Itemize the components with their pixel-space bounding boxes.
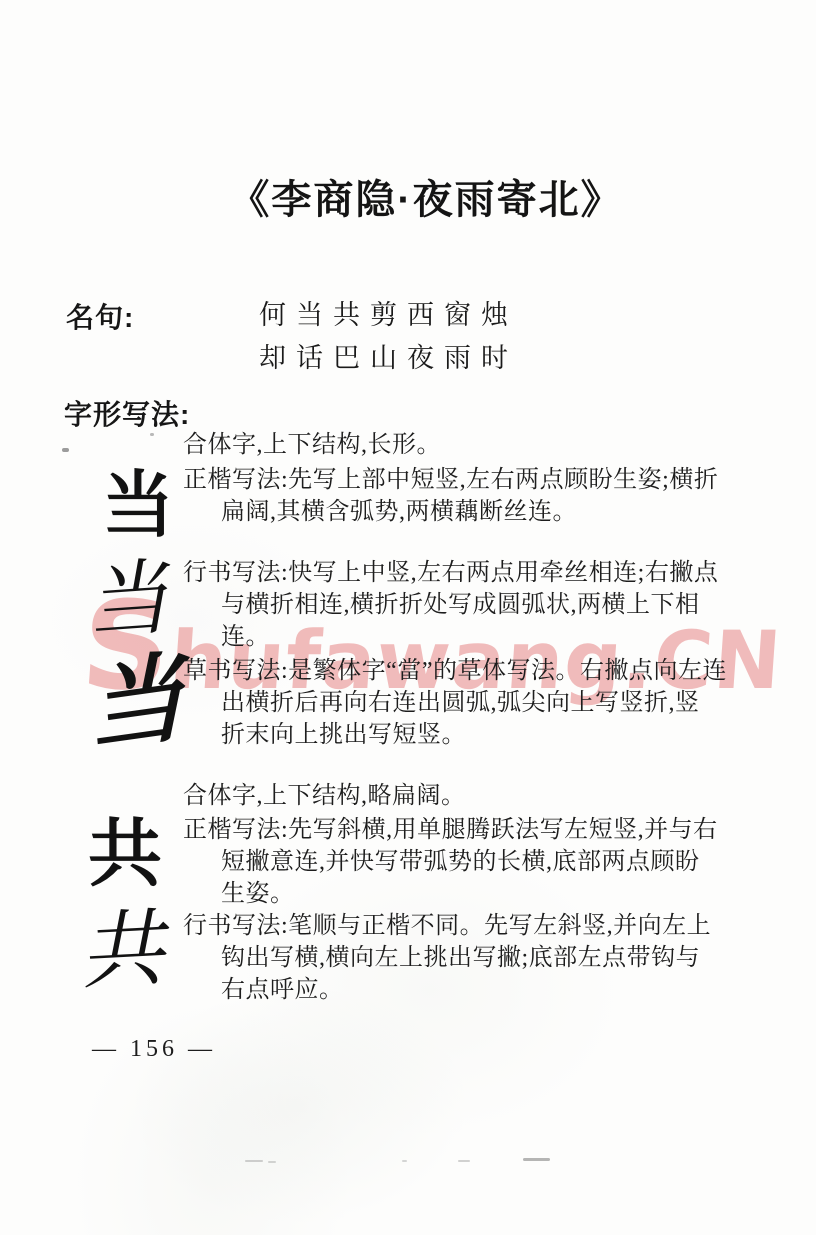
calligraphy-gong-kaishu: 共 xyxy=(88,818,162,892)
book-page: Shufawang.CN 《李商隐·夜雨寄北》 名句: 何当共剪西窗烛 却话巴山… xyxy=(0,0,816,1235)
calligraphy-gong-xingshu: 共 xyxy=(78,908,166,996)
famous-lines-label: 名句: xyxy=(66,296,134,336)
scan-speck xyxy=(245,1160,263,1162)
scan-speck xyxy=(268,1161,276,1163)
intro-paragraph-dang: 合体字,上下结构,长形。 xyxy=(183,429,731,461)
calligraphy-dang-xingshu: 当 xyxy=(83,557,171,645)
section-label: 字形写法: xyxy=(64,393,190,433)
page-number: — 156 — xyxy=(92,1036,216,1063)
scan-speck xyxy=(458,1160,470,1162)
method-caoshu-dang: 草书写法:是繁体字“當”的草体写法。右撇点向左连 出横折后再向右连出圆弧,弧尖向… xyxy=(183,655,769,751)
calligraphy-dang-caoshu: 当 xyxy=(87,649,185,759)
page-title: 《李商隐·夜雨寄北》 xyxy=(18,168,816,225)
method-xingshu-dang: 行书写法:快写上中竖,左右两点用牵丝相连;右撇点 与横折相连,横折折处写成圆弧状… xyxy=(183,557,769,653)
scan-speck xyxy=(523,1158,550,1161)
method-kaishu-gong: 正楷写法:先写斜横,用单腿腾跃法写左短竖,并与右 短撇意连,并快写带弧势的长横,… xyxy=(183,814,769,910)
calligraphy-dang-kaishu: 当 xyxy=(102,470,174,542)
poem-line-1: 何当共剪西窗烛 xyxy=(259,294,518,337)
method-xingshu-gong: 行书写法:笔顺与正楷不同。先写左斜竖,并向左上 钩出写横,横向左上挑出写撇;底部… xyxy=(183,910,769,1006)
famous-lines-block: 何当共剪西窗烛 却话巴山夜雨时 xyxy=(259,294,518,380)
poem-line-2: 却话巴山夜雨时 xyxy=(259,337,518,380)
method-kaishu-dang: 正楷写法:先写上部中短竖,左右两点顾盼生姿;横折 扁阔,其横含弧势,两横藕断丝连… xyxy=(183,464,769,528)
scan-speck xyxy=(150,433,154,436)
scan-speck xyxy=(402,1160,407,1162)
scan-speck xyxy=(62,448,69,452)
intro-paragraph-gong: 合体字,上下结构,略扁阔。 xyxy=(183,780,731,812)
